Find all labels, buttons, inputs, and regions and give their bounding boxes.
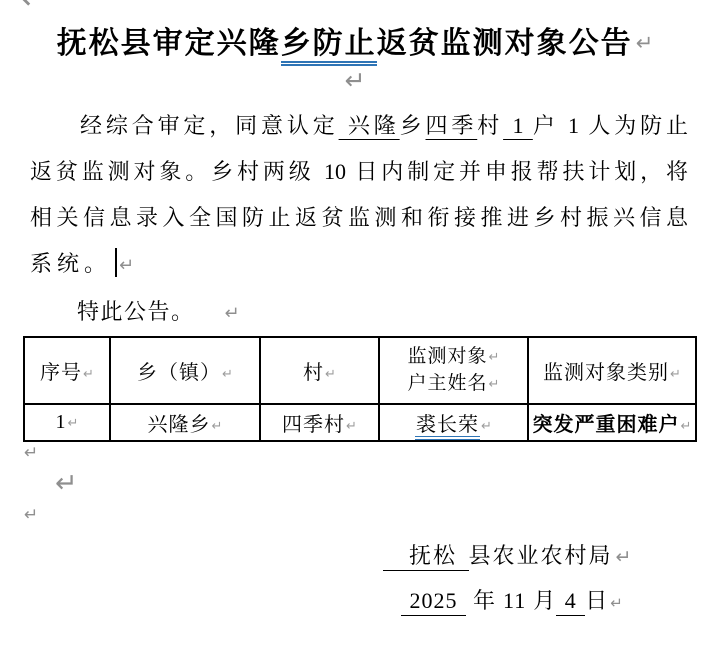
paragraph-mark-icon: ↵ <box>55 468 78 499</box>
monitoring-objects-table: 序号↵ 乡（镇）↵ 村↵ 监测对象↵ 户主姓名↵ 监测对象类别↵ 1↵ 兴隆乡↵… <box>23 336 697 442</box>
paragraph-mark-icon: ↵ <box>346 419 357 434</box>
paragraph-mark-icon: ↵ <box>212 419 223 434</box>
paragraph-mark-icon: ↵ <box>481 419 492 434</box>
title-text: 返贫监测对象公告 <box>377 27 633 60</box>
cell-value: 突发严重困难户 <box>533 414 680 436</box>
cell-value: 兴隆乡 <box>148 414 211 436</box>
body-text: 乡 <box>400 113 426 138</box>
table-header-seq: 序号↵ <box>24 337 110 404</box>
empty-paragraph: ↵ <box>0 66 710 96</box>
cell-category: 突发严重困难户↵ <box>528 404 696 441</box>
table-header-row: 序号↵ 乡（镇）↵ 村↵ 监测对象↵ 户主姓名↵ 监测对象类别↵ <box>24 337 696 404</box>
text-cursor <box>115 248 117 277</box>
paragraph-mark-icon: ↵ <box>681 419 692 434</box>
agency-name: 县农业农村局 <box>469 543 613 568</box>
header-label: 监测对象 <box>408 346 488 367</box>
document-title: 抚松县审定兴隆乡防止返贫监测对象公告↵ <box>0 22 710 65</box>
month-label: 月 <box>533 588 556 613</box>
cell-value-spellcheck-underline: 裘长荣 <box>415 414 480 440</box>
body-text: 经综合审定，同意认定 <box>80 113 339 138</box>
word-document-page[interactable]: ↵ 抚松县审定兴隆乡防止返贫监测对象公告↵ ↵ 经综合审定，同意认定 兴隆乡四季… <box>0 0 710 656</box>
cell-village: 四季村↵ <box>260 404 379 441</box>
cell-township: 兴隆乡↵ <box>110 404 260 441</box>
body-paragraph: 经综合审定，同意认定 兴隆乡四季村 1 户 1 人为防止 返贫监测对象。乡村两级… <box>30 103 688 289</box>
paragraph-mark-icon: ↵ <box>616 546 632 568</box>
paragraph-mark-icon: ↵ <box>610 594 623 612</box>
header-label-line2: 户主姓名↵ <box>380 371 527 398</box>
closing-paragraph: 特此公告。↵ <box>30 293 240 333</box>
header-label: 乡（镇） <box>137 362 221 384</box>
header-label: 监测对象类别 <box>543 362 669 384</box>
paragraph-mark-icon: ↵ <box>489 377 500 392</box>
header-label-line1: 监测对象↵ <box>380 344 527 371</box>
date-line: 2025 年11月 4 日↵ <box>401 586 623 618</box>
line-break-mark-icon: ↵ <box>489 350 500 365</box>
paragraph-mark-icon: ↵ <box>670 367 681 382</box>
paragraph-mark-icon: ↵ <box>68 416 79 431</box>
paragraph-mark-icon: ↵ <box>636 31 654 55</box>
underlined-fill-in-township: 兴隆 <box>339 113 400 138</box>
cell-household-name: 裘长荣↵ <box>379 404 528 441</box>
body-line-3: 相关信息录入全国防止返贫监测和衔接推进乡村振兴信息 <box>30 195 688 241</box>
underlined-fill-in-village: 四季 <box>426 113 478 138</box>
paragraph-mark-icon: ↵ <box>345 66 366 95</box>
body-line-2: 返贫监测对象。乡村两级 10 日内制定并申报帮扶计划，将 <box>30 149 688 195</box>
body-text: 系统。 <box>30 251 111 276</box>
table-row: 1↵ 兴隆乡↵ 四季村↵ 裘长荣↵ 突发严重困难户↵ <box>24 404 696 441</box>
table-header-township: 乡（镇）↵ <box>110 337 260 404</box>
underlined-fill-in-county: 抚松 <box>383 543 469 571</box>
underlined-day-value: 4 <box>556 588 585 616</box>
paragraph-mark-icon: ↵ <box>222 367 233 382</box>
table-header-village: 村↵ <box>260 337 379 404</box>
paragraph-mark-icon: ↵ <box>325 367 336 382</box>
closing-text: 特此公告。 <box>77 299 195 324</box>
paragraph-mark-icon: ↵ <box>24 505 38 525</box>
year-label: 年 <box>473 588 496 613</box>
body-line-1: 经综合审定，同意认定 兴隆乡四季村 1 户 1 人为防止 <box>30 103 688 149</box>
body-text: 户 1 人为防止 <box>533 113 688 138</box>
paragraph-mark-icon: ↵ <box>119 255 134 276</box>
header-label: 村 <box>303 362 324 384</box>
cell-seq: 1↵ <box>24 404 110 441</box>
cell-value: 四季村 <box>282 414 345 436</box>
day-label: 日 <box>585 588 608 613</box>
header-label: 序号 <box>40 362 82 384</box>
paragraph-mark-icon: ↵ <box>225 303 240 324</box>
body-line-4: 系统。↵ <box>30 241 688 289</box>
title-grammar-underlined-text: 乡防止 <box>281 27 377 66</box>
paragraph-mark-icon: ↵ <box>20 0 49 18</box>
paragraph-mark-icon: ↵ <box>24 443 38 463</box>
underlined-year-value: 2025 <box>401 588 466 616</box>
cell-value: 1 <box>56 411 67 433</box>
table-header-category: 监测对象类别↵ <box>528 337 696 404</box>
header-label: 户主姓名 <box>408 373 488 394</box>
underlined-fill-in-count: 1 <box>503 113 533 138</box>
paragraph-mark-icon: ↵ <box>83 367 94 382</box>
table-header-household-name: 监测对象↵ 户主姓名↵ <box>379 337 528 404</box>
body-text: 村 <box>477 113 503 138</box>
title-text: 抚松县审定兴隆 <box>57 27 281 60</box>
signature-line: 抚松 县农业农村局↵ <box>383 541 631 572</box>
month-value: 11 <box>503 588 526 613</box>
